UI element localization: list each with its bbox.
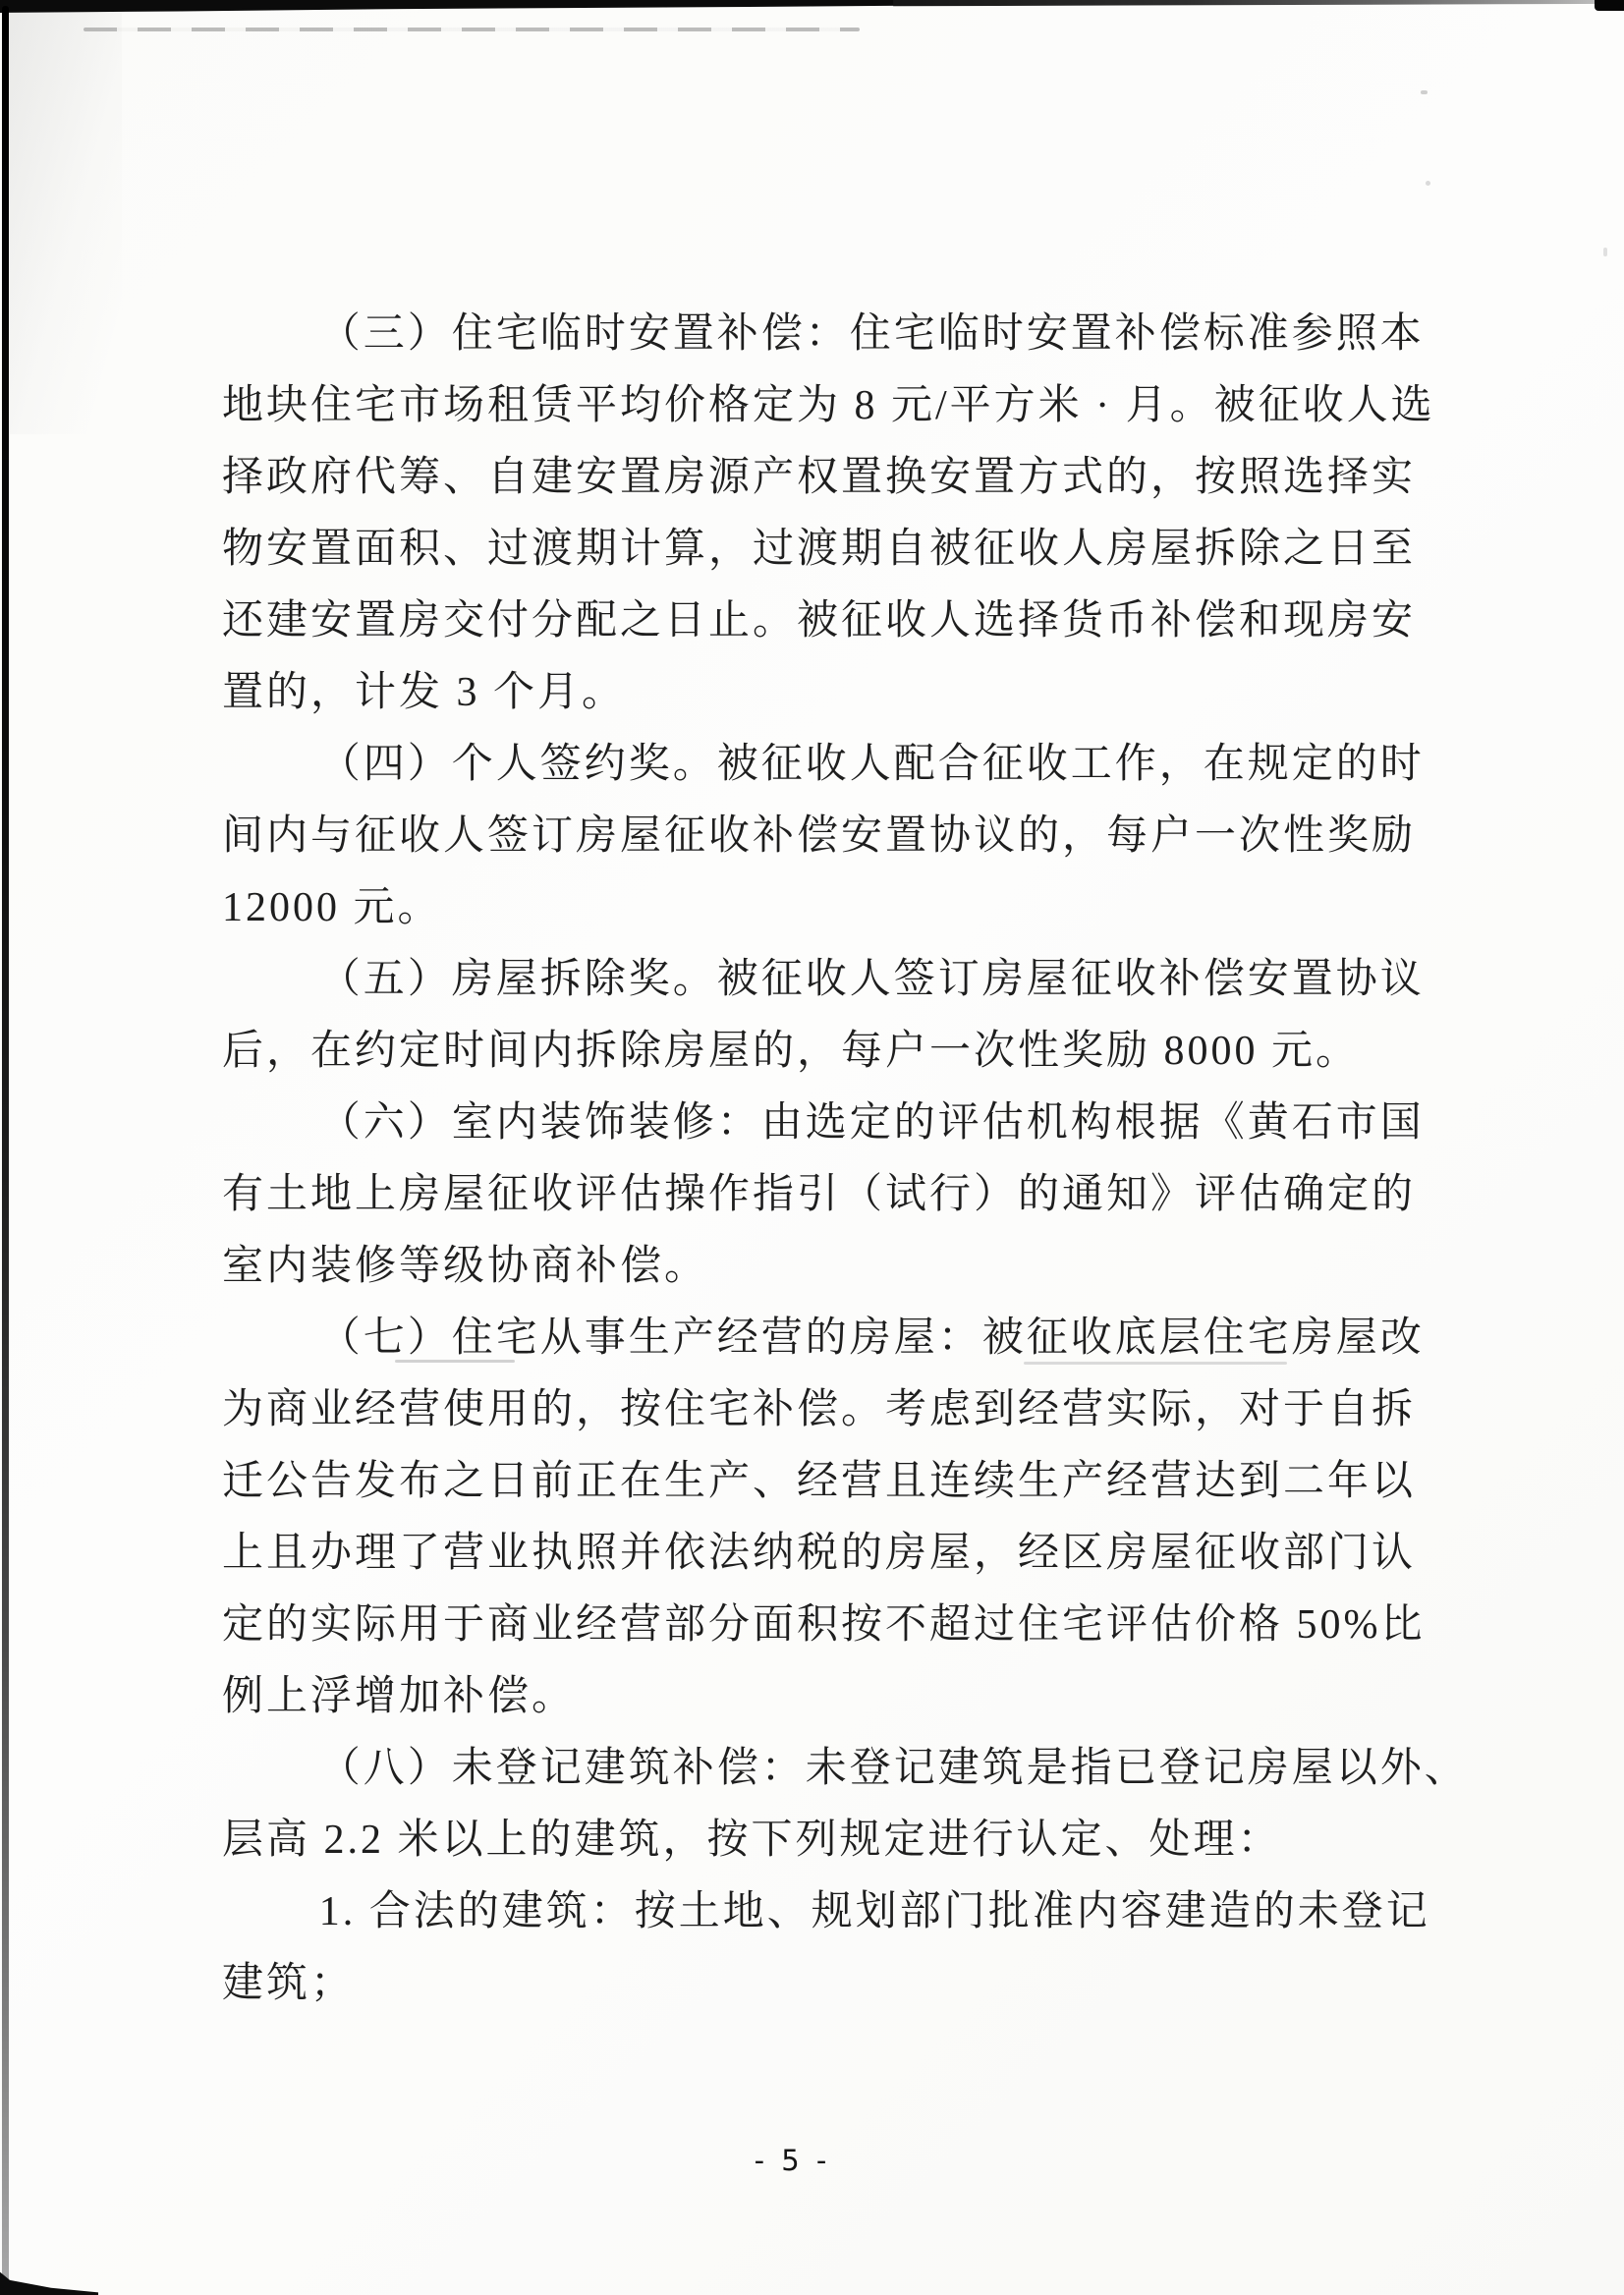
text-line: 上且办理了营业执照并依法纳税的房屋，经区房屋征收部门认	[222, 1518, 1413, 1590]
paragraph-item-5: （五）房屋拆除奖。被征收人签订房屋征收补偿安置协议后，在约定时间内拆除房屋的，每…	[222, 944, 1413, 1088]
text-line: 置的，计发 3 个月。	[222, 657, 1413, 729]
text-line: 1. 合法的建筑：按土地、规划部门批准内容建造的未登记	[222, 1876, 1413, 1948]
scan-speck	[1603, 248, 1607, 256]
text-line: 物安置面积、过渡期计算，过渡期自被征收人房屋拆除之日至	[222, 514, 1413, 586]
scan-speck	[1426, 181, 1430, 186]
text-line: 择政府代筹、自建安置房源产权置换安置方式的，按照选择实	[222, 442, 1413, 514]
scan-artifact-top-edge-thin	[893, 0, 1624, 7]
text-line: 还建安置房交付分配之日止。被征收人选择货币补偿和现房安	[222, 586, 1413, 657]
text-line: 层高 2.2 米以上的建筑，按下列规定进行认定、处理：	[222, 1805, 1413, 1876]
paragraph-item-3: （三）住宅临时安置补偿：住宅临时安置补偿标准参照本地块住宅市场租赁平均价格定为 …	[222, 299, 1413, 729]
text-line: 后，在约定时间内拆除房屋的，每户一次性奖励 8000 元。	[222, 1016, 1413, 1088]
text-line: 室内装修等级协商补偿。	[222, 1231, 1413, 1303]
text-line: 有土地上房屋征收评估操作指引（试行）的通知》评估确定的	[222, 1159, 1413, 1231]
scan-artifact-left-wash	[9, 12, 122, 434]
text-line: （八）未登记建筑补偿：未登记建筑是指已登记房屋以外、	[222, 1733, 1413, 1805]
document-body: （三）住宅临时安置补偿：住宅临时安置补偿标准参照本地块住宅市场租赁平均价格定为 …	[222, 299, 1413, 2020]
text-line: （四）个人签约奖。被征收人配合征收工作，在规定的时	[222, 729, 1413, 801]
scan-speck	[1421, 90, 1428, 94]
paragraph-sub-item-1: 1. 合法的建筑：按土地、规划部门批准内容建造的未登记建筑；	[222, 1876, 1413, 2020]
scan-artifact-bottom-left-corner	[0, 2269, 98, 2295]
scan-artifact-top-smudge	[84, 28, 860, 31]
text-line: 定的实际用于商业经营部分面积按不超过住宅评估价格 50%比	[222, 1590, 1413, 1661]
text-line: 迁公告发布之日前正在生产、经营且连续生产经营达到二年以	[222, 1446, 1413, 1518]
text-line: 建筑；	[222, 1948, 1413, 2020]
text-line: （六）室内装饰装修：由选定的评估机构根据《黄石市国	[222, 1088, 1413, 1159]
text-line: （七）住宅从事生产经营的房屋：被征收底层住宅房屋改	[222, 1303, 1413, 1374]
paragraph-item-6: （六）室内装饰装修：由选定的评估机构根据《黄石市国有土地上房屋征收评估操作指引（…	[222, 1088, 1413, 1303]
text-line: （五）房屋拆除奖。被征收人签订房屋征收补偿安置协议	[222, 944, 1413, 1016]
scan-artifact-top-edge	[0, 0, 1007, 13]
scan-artifact-left-edge	[2, 6, 9, 2287]
text-line: 12000 元。	[222, 872, 1413, 944]
text-line: 地块住宅市场租赁平均价格定为 8 元/平方米 · 月。被征收人选	[222, 370, 1413, 442]
text-line: 间内与征收人签订房屋征收补偿安置协议的，每户一次性奖励	[222, 801, 1413, 872]
text-line: 例上浮增加补偿。	[222, 1661, 1413, 1733]
scan-artifact-top-right-corner	[1595, 0, 1624, 11]
text-line: 为商业经营使用的，按住宅补偿。考虑到经营实际，对于自拆	[222, 1374, 1413, 1446]
scanned-page: （三）住宅临时安置补偿：住宅临时安置补偿标准参照本地块住宅市场租赁平均价格定为 …	[0, 0, 1624, 2295]
paragraph-item-4: （四）个人签约奖。被征收人配合征收工作，在规定的时间内与征收人签订房屋征收补偿安…	[222, 729, 1413, 944]
paragraph-item-8: （八）未登记建筑补偿：未登记建筑是指已登记房屋以外、层高 2.2 米以上的建筑，…	[222, 1733, 1413, 1876]
page-footer: - 5 -	[0, 2144, 1624, 2177]
paragraph-item-7: （七）住宅从事生产经营的房屋：被征收底层住宅房屋改为商业经营使用的，按住宅补偿。…	[222, 1303, 1413, 1733]
text-line: （三）住宅临时安置补偿：住宅临时安置补偿标准参照本	[222, 299, 1413, 370]
page-number: - 5 -	[755, 2144, 831, 2177]
